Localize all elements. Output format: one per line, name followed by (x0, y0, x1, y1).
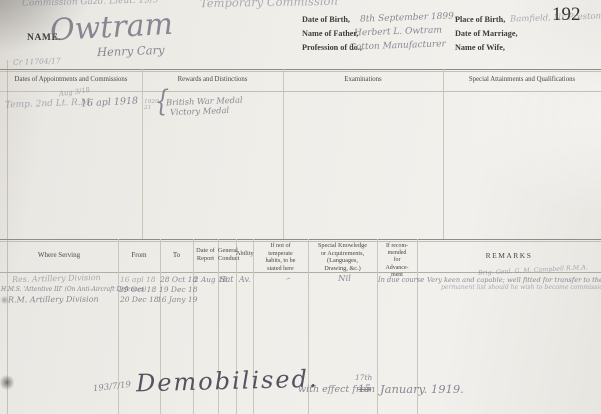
service-row-to: 16 Jany 19 (157, 295, 197, 304)
date-of-birth-label: Date of Birth, (302, 15, 350, 24)
column-header-attainments: Special Attainments and Qualifications (443, 76, 601, 84)
date-of-birth-value: 8th September 1899. (360, 11, 457, 24)
upper-table-divider (443, 69, 444, 239)
service-row-to: 28 Oct 18 (160, 275, 197, 284)
column-header-date-of-report: Date of Report (193, 247, 218, 262)
ink-smudge (0, 296, 9, 304)
profession-value: Cotton Manufacturer (349, 39, 446, 52)
column-header-rewards: Rewards and Distinctions (142, 76, 283, 84)
column-header-appointments: Dates of Appointments and Commissions (0, 76, 142, 84)
column-header-from: From (118, 251, 160, 260)
upper-table-divider (283, 69, 284, 239)
place-of-birth-label: Place of Birth, (455, 15, 505, 24)
service-row-ability: Av. (239, 275, 251, 284)
service-row-from: 20 Dec 18 (120, 295, 159, 304)
temporary-commission-note: Temporary Commission (200, 0, 338, 10)
upper-table-top-border-inner (0, 71, 601, 72)
ink-smudge (0, 374, 14, 391)
service-row-temperate-mark: – (284, 274, 292, 285)
demobilised-tail: January. 1919. (380, 382, 464, 396)
service-record-card: Commission Gazd. Lieut. 19/9 Temporary C… (0, 0, 601, 414)
service-row-to: 19 Dec 18 (159, 285, 198, 294)
remarks-line2: permanent list should he wish to become … (441, 284, 601, 291)
marriage-label: Date of Marriage, (455, 29, 518, 38)
service-row-from: 29 Oct 18 (119, 285, 156, 294)
service-row-where: Res. Artillery Division (12, 273, 101, 284)
forenames-handwriting: Henry Cary (97, 43, 165, 59)
appointment-note-above: Aug 3/18 (59, 86, 91, 98)
service-row-conduct: Sat (220, 275, 233, 284)
top-left-annotation: Commission Gazd. Lieut. 19/9 (22, 0, 159, 9)
remarks-line1: Very keen and capable; well fitted for t… (427, 276, 601, 284)
column-header-where-serving: Where Serving (0, 251, 118, 260)
demobilised-superscript-date: 17th (355, 373, 372, 382)
surname-handwriting: Owtram (49, 7, 174, 48)
column-header-general-conduct: General Conduct (218, 247, 236, 262)
service-row-advancement: In due course (378, 276, 424, 284)
footer-reference: 193/7/19 (93, 380, 132, 395)
column-header-remarks: REMARKS (417, 251, 601, 260)
upper-table-divider (142, 69, 143, 239)
service-row-where: R.M. Artillery Division (8, 295, 99, 305)
service-row-knowledge: Nil (338, 274, 351, 284)
demobilised-struck-date: 15 (358, 384, 371, 395)
demobilised-word: Demobilised. (136, 365, 319, 398)
reward-victory-medal: Victory Medal (170, 105, 229, 117)
father-value: Herbert L. Owtram (354, 25, 442, 38)
column-header-special-knowledge: Special Knowledge or Acquirements, (Lang… (308, 242, 377, 273)
father-label: Name of Father, (302, 29, 358, 38)
remarks-signature: Brig. Genl. G. M. Campbell R.M.A. (478, 264, 588, 277)
left-margin-rule (7, 60, 8, 414)
file-reference: Cr 11704/17 (13, 56, 61, 67)
column-header-advancement: If recom- mended for Advance- ment (377, 243, 417, 279)
column-header-examinations: Examinations (283, 76, 443, 84)
column-header-to: To (160, 251, 193, 260)
wife-label: Name of Wife, (455, 43, 505, 52)
column-header-temperate: If not of temperate habits, to be stated… (253, 242, 308, 272)
upper-table-top-border (0, 69, 601, 70)
place-of-birth-value: Bamfield, Nr Preston. (510, 11, 601, 24)
service-row-from: 16 apl 18 (120, 275, 156, 284)
appointment-rank: Temp. 2nd Lt. R.M. (5, 97, 93, 110)
appointment-date: 16 apl 1918 (81, 96, 139, 110)
column-header-ability: Ability (236, 250, 253, 258)
lower-table-top-border (0, 239, 601, 240)
